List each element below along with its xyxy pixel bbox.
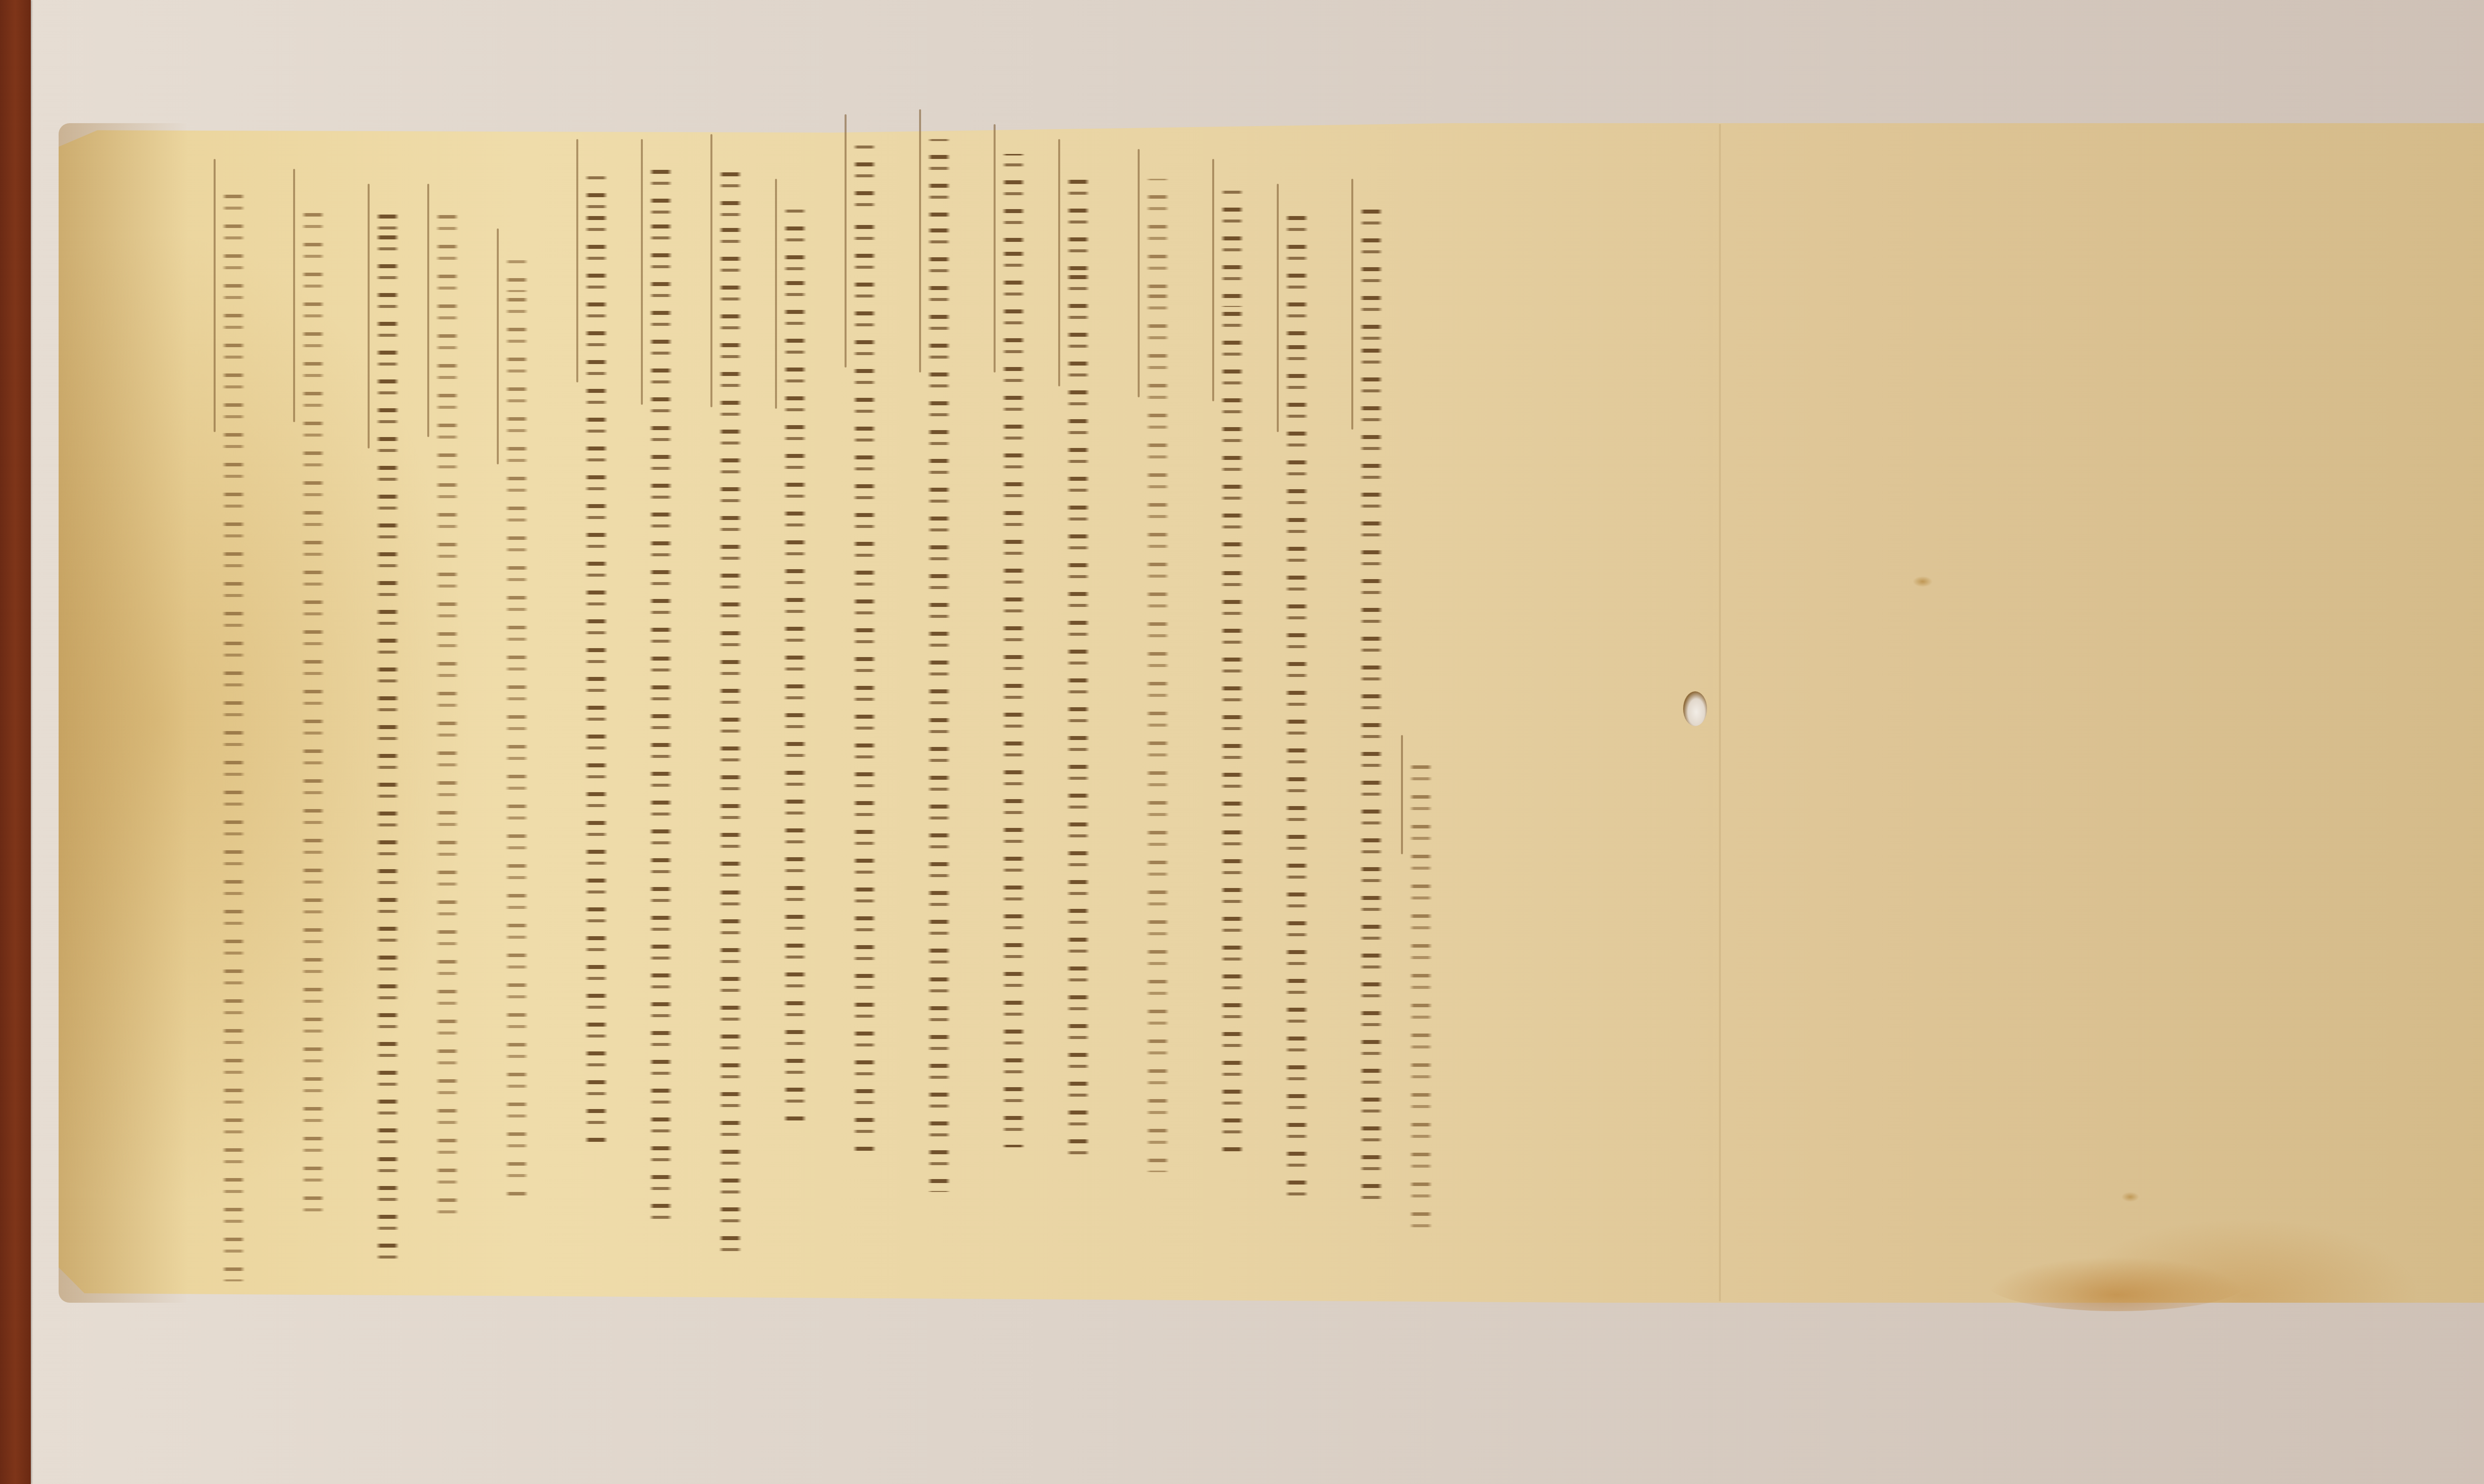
- ink-flourish: [1277, 184, 1279, 432]
- handwriting-line: [302, 199, 324, 1212]
- handwriting-line: [1409, 765, 1432, 1242]
- ink-flourish: [1351, 179, 1353, 430]
- handwriting-line: [928, 139, 950, 1192]
- ink-flourish: [641, 139, 643, 405]
- handwriting-line: [585, 169, 608, 1142]
- ink-flourish: [214, 159, 216, 432]
- ink-flourish: [1138, 149, 1140, 397]
- ink-flourish: [427, 184, 429, 437]
- manuscript-sheet: [59, 123, 2484, 1303]
- handwriting-line: [376, 214, 399, 1271]
- ink-flourish: [845, 114, 847, 368]
- ink-flourish: [1058, 139, 1060, 386]
- ink-flourish: [293, 169, 295, 422]
- handwriting-line: [1221, 189, 1243, 1157]
- ink-flourish: [497, 228, 499, 464]
- ink-flourish: [1401, 735, 1403, 854]
- ink-flourish: [994, 124, 996, 372]
- lower-edge-stain: [1987, 1257, 2246, 1311]
- handwriting-line: [505, 258, 528, 1202]
- handwriting-line: [436, 214, 459, 1227]
- small-stain: [2121, 1192, 2139, 1202]
- handwriting-line: [1360, 209, 1383, 1212]
- ink-flourish: [919, 109, 921, 372]
- handwriting-line: [1285, 214, 1308, 1207]
- handwriting-line: [853, 144, 876, 1157]
- handwriting-line: [1002, 154, 1025, 1147]
- handwriting-line: [783, 209, 806, 1127]
- sheet-edge-stain: [59, 123, 188, 1303]
- small-stain: [1913, 576, 1933, 587]
- handwriting-line: [1067, 169, 1089, 1157]
- handwriting-line: [649, 169, 672, 1232]
- handwriting-line: [1146, 179, 1169, 1172]
- ink-flourish: [775, 179, 777, 409]
- fold-line: [1719, 124, 1721, 1301]
- ink-flourish: [1212, 159, 1214, 401]
- binding-strip: [0, 0, 31, 1484]
- handwriting-line: [719, 164, 742, 1257]
- ink-flourish: [710, 134, 712, 407]
- ink-flourish: [368, 184, 370, 448]
- sewing-hole: [1683, 691, 1707, 726]
- ink-flourish: [576, 139, 578, 382]
- handwriting-line: [222, 189, 245, 1281]
